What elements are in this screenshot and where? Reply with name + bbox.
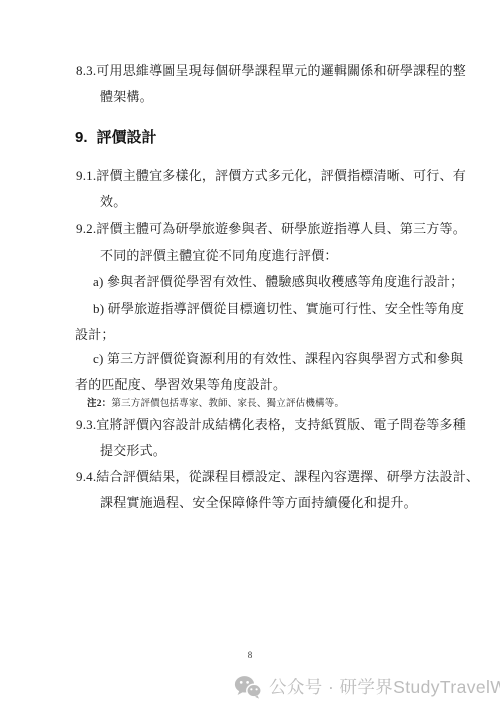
note-2-label: 注2： (87, 399, 111, 409)
list-item-b-line-1: b) 研學旅遊指導評價從目標適切性、實施可行性、安全性等角度 (93, 300, 464, 317)
clause-9-4-line-1: 9.4.結合評價結果，從課程目標設定、課程內容選擇、研學方法設計、 (76, 468, 479, 485)
clause-8-3-line-1: 8.3.可用思維導圖呈現每個研學課程單元的邏輯關係和研學課程的整 (76, 62, 466, 79)
footer-watermark: 公众号 · 研学界StudyTravelWorld (234, 674, 500, 699)
list-item-a: a) 參與者評價從學習有效性、體驗感與收穫感等角度進行設計； (93, 273, 463, 290)
clause-9-1-line-2: 效。 (100, 193, 126, 210)
section-9-number: 9. (75, 129, 88, 146)
note-2-text: 第三方評價包括專家、教師、家長、獨立評估機構等。 (111, 399, 344, 409)
list-item-c-line-1: c) 第三方評價從資源利用的有效性、課程內容與學習方式和參與 (93, 350, 463, 367)
footer-watermark-text: 公众号 · 研学界StudyTravelWorld (269, 674, 500, 699)
document-page: 8.3.可用思維導圖呈現每個研學課程單元的邏輯關係和研學課程的整 體架構。 9.… (0, 0, 500, 706)
section-9-heading: 9.評價設計 (75, 126, 157, 147)
clause-8-3-line-2: 體架構。 (100, 88, 153, 105)
list-item-b-line-2: 設計； (75, 326, 115, 343)
clause-9-1-line-1: 9.1.評價主體宜多樣化，評價方式多元化，評價指標清晰、可行、有 (76, 167, 466, 184)
wechat-icon (234, 675, 262, 699)
page-number: 8 (0, 650, 500, 660)
clause-9-3-line-1: 9.3.宜將評價內容設計成結構化表格，支持紙質版、電子問卷等多種 (76, 416, 466, 433)
clause-9-3-line-2: 提交形式。 (100, 442, 166, 459)
clause-9-2-line-2: 不同的評價主體宜從不同角度進行評價： (100, 247, 338, 264)
list-item-c-line-2: 者的匹配度、學習效果等角度設計。 (75, 376, 286, 393)
section-9-title: 評價設計 (97, 129, 157, 146)
note-2: 注2：第三方評價包括專家、教師、家長、獨立評估機構等。 (87, 398, 344, 411)
clause-9-4-line-2: 課程實施過程、安全保障條件等方面持續優化和提升。 (100, 494, 417, 511)
clause-9-2-line-1: 9.2.評價主體可為研學旅遊參與者、研學旅遊指導人員、第三方等。 (76, 220, 466, 237)
